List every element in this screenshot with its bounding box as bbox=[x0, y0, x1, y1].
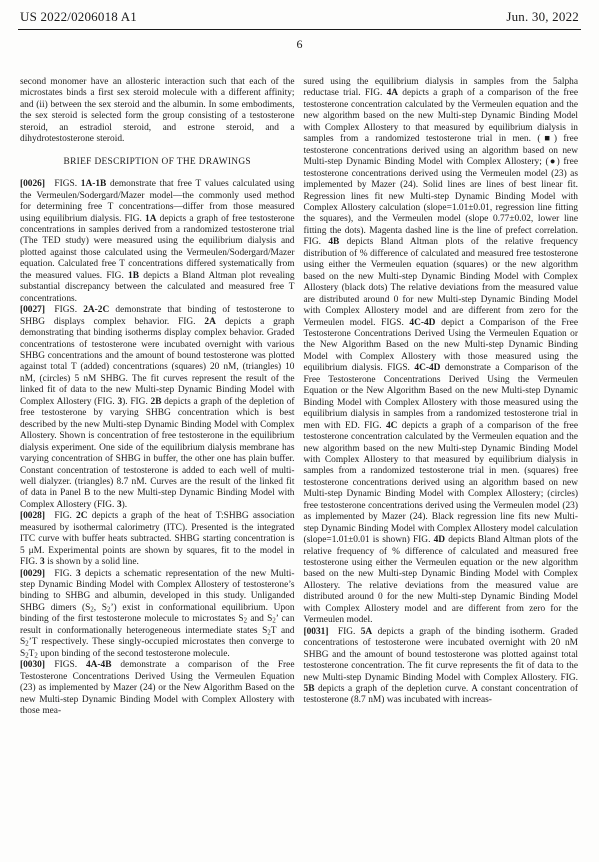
bold-text-run: 2B bbox=[151, 397, 162, 407]
text-run: FIG. bbox=[329, 627, 361, 637]
publication-number: US 2022/0206018 A1 bbox=[20, 9, 137, 25]
bold-text-run: 4A-4B bbox=[86, 660, 112, 670]
section-heading: BRIEF DESCRIPTION OF THE DRAWINGS bbox=[20, 157, 295, 168]
text-run: depicts Bland Altman plots of the relati… bbox=[304, 535, 579, 625]
patent-page: US 2022/0206018 A1 Jun. 30, 2022 6 secon… bbox=[0, 0, 599, 862]
bold-text-run: 5A bbox=[361, 627, 372, 637]
text-run: depicts a graph of a comparison of the f… bbox=[304, 421, 579, 546]
text-run: upon binding of the second testosterone … bbox=[38, 649, 230, 659]
text-run: FIGS. bbox=[45, 660, 86, 670]
bold-text-run: 1B bbox=[128, 271, 139, 281]
text-run: depicts a graph of the depletion curve. … bbox=[304, 684, 579, 705]
bold-text-run: 4B bbox=[328, 237, 339, 247]
paragraph: [0026] FIGS. 1A-1B demonstrate that free… bbox=[20, 179, 295, 305]
bold-text-run: 2C bbox=[76, 511, 87, 521]
text-run: FIGS. bbox=[45, 179, 81, 189]
bold-text-run: [0029] bbox=[20, 569, 45, 579]
publication-date: Jun. 30, 2022 bbox=[506, 9, 579, 25]
page-header: US 2022/0206018 A1 Jun. 30, 2022 bbox=[0, 0, 599, 25]
text-run: second monomer have an allosteric intera… bbox=[20, 77, 295, 144]
bold-text-run: 4D bbox=[434, 535, 445, 545]
bold-text-run: [0030] bbox=[20, 660, 45, 670]
bold-text-run: 4C bbox=[386, 421, 397, 431]
bold-text-run: 2A bbox=[204, 317, 215, 327]
bold-text-run: [0028] bbox=[20, 511, 45, 521]
text-run: ). bbox=[122, 500, 127, 510]
header-rule bbox=[18, 29, 581, 30]
bold-text-run: [0027] bbox=[20, 305, 45, 315]
text-run: depicts a graph of a comparison of the f… bbox=[304, 88, 579, 247]
bold-text-run: [0031] bbox=[304, 627, 329, 637]
text-run: and S bbox=[247, 614, 272, 624]
column-right: sured using the equilibrium dialysis in … bbox=[304, 77, 579, 717]
text-run: depicts Bland Altman plots of the relati… bbox=[304, 237, 579, 327]
text-run: , S bbox=[94, 603, 107, 613]
paragraph: [0027] FIGS. 2A-2C demonstrate that bind… bbox=[20, 305, 295, 511]
paragraph: [0031] FIG. 5A depicts a graph of the bi… bbox=[304, 627, 579, 707]
text-run: is shown by a solid line. bbox=[45, 557, 139, 567]
text-run: ). FIG. bbox=[122, 397, 150, 407]
bold-text-run: 4A bbox=[387, 88, 398, 98]
bold-text-run: 2A-2C bbox=[83, 305, 109, 315]
text-run: FIG. bbox=[45, 511, 76, 521]
bold-text-run: [0026] bbox=[20, 179, 45, 189]
paragraph: second monomer have an allosteric intera… bbox=[20, 77, 295, 146]
bold-text-run: 1A-1B bbox=[81, 179, 107, 189]
bold-text-run: 4C-4D bbox=[414, 363, 440, 373]
text-run: FIG. bbox=[45, 569, 76, 579]
paragraph: [0030] FIGS. 4A-4B demonstrate a compari… bbox=[20, 660, 295, 717]
paragraph: [0028] FIG. 2C depicts a graph of the he… bbox=[20, 511, 295, 568]
text-run: depicts a graph demonstrating that bindi… bbox=[20, 317, 295, 407]
bold-text-run: 5B bbox=[304, 684, 315, 694]
text-columns: second monomer have an allosteric intera… bbox=[0, 52, 599, 717]
text-run: depicts a graph of the depletion of free… bbox=[20, 397, 295, 510]
bold-text-run: 4C-4D bbox=[409, 318, 435, 328]
page-number: 6 bbox=[0, 37, 599, 52]
text-run: FIGS. bbox=[45, 305, 83, 315]
paragraph: sured using the equilibrium dialysis in … bbox=[304, 77, 579, 627]
paragraph: [0029] FIG. 3 depicts a schematic repres… bbox=[20, 569, 295, 661]
column-left: second monomer have an allosteric intera… bbox=[20, 77, 295, 717]
bold-text-run: 1A bbox=[145, 214, 156, 224]
